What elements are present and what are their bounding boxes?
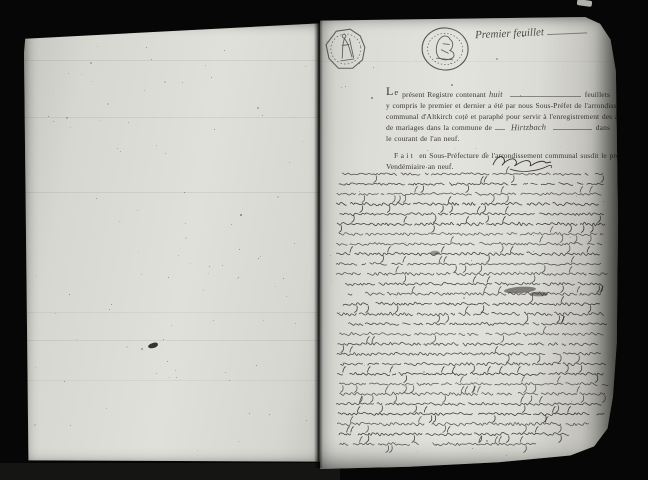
printed-line4-start: de mariages dans la commune de [386, 123, 492, 132]
paper-crease [24, 312, 320, 313]
handwritten-commune-name: Hirtzbach [511, 122, 546, 133]
right-page-register: Premier feuillet Le présent Registre con… [320, 17, 618, 469]
ruled-blank [553, 129, 592, 130]
book-gutter-shadow [314, 20, 323, 468]
printed-line3: communal d'Altkirch coté et paraphé pour… [386, 112, 630, 121]
folio-note: Premier feuillet [475, 23, 625, 42]
scanner-bed-shadow [0, 463, 340, 480]
printed-line: Le présent Registre contenant huit feuil… [386, 86, 610, 99]
ruled-blank [495, 129, 505, 130]
printed-line2: y compris le premier et dernier a été pa… [386, 101, 636, 110]
round-prefecture-stamp-icon [418, 24, 473, 77]
printed-line4-end: dans [596, 123, 610, 132]
printed-line: communal d'Altkirch coté et paraphé pour… [386, 110, 610, 121]
printed-line: y compris le premier et dernier a été pa… [386, 99, 610, 110]
printed-line1-end: feuillets [585, 90, 610, 99]
paper-crease [24, 60, 320, 61]
printed-line: de mariages dans la commune de Hirtzbach… [386, 121, 610, 132]
octagonal-tax-stamp-icon [323, 26, 368, 73]
ink-blot [148, 342, 159, 349]
handwritten-sheet-count: huit [489, 89, 503, 99]
printed-line: le courant de l'an neuf. [386, 132, 610, 143]
pen-flourish [547, 32, 587, 35]
paper-crease [24, 192, 320, 193]
folio-note-text: Premier feuillet [475, 26, 544, 41]
printed-line1-text: présent Registre contenant [402, 90, 486, 99]
scanned-register-spread: Premier feuillet Le présent Registre con… [0, 0, 648, 480]
page-edge-shading [24, 22, 320, 463]
paper-crease [24, 380, 320, 381]
left-page-blank [24, 22, 320, 463]
printed-line1-lead: Le [386, 84, 399, 99]
paper-crease [24, 117, 320, 118]
printed-line6-lead: Fait [394, 151, 415, 160]
handwritten-body [334, 164, 616, 466]
paper-crease [24, 340, 320, 341]
paper-edge-sliver [577, 0, 593, 7]
printed-line5: le courant de l'an neuf. [386, 134, 459, 143]
